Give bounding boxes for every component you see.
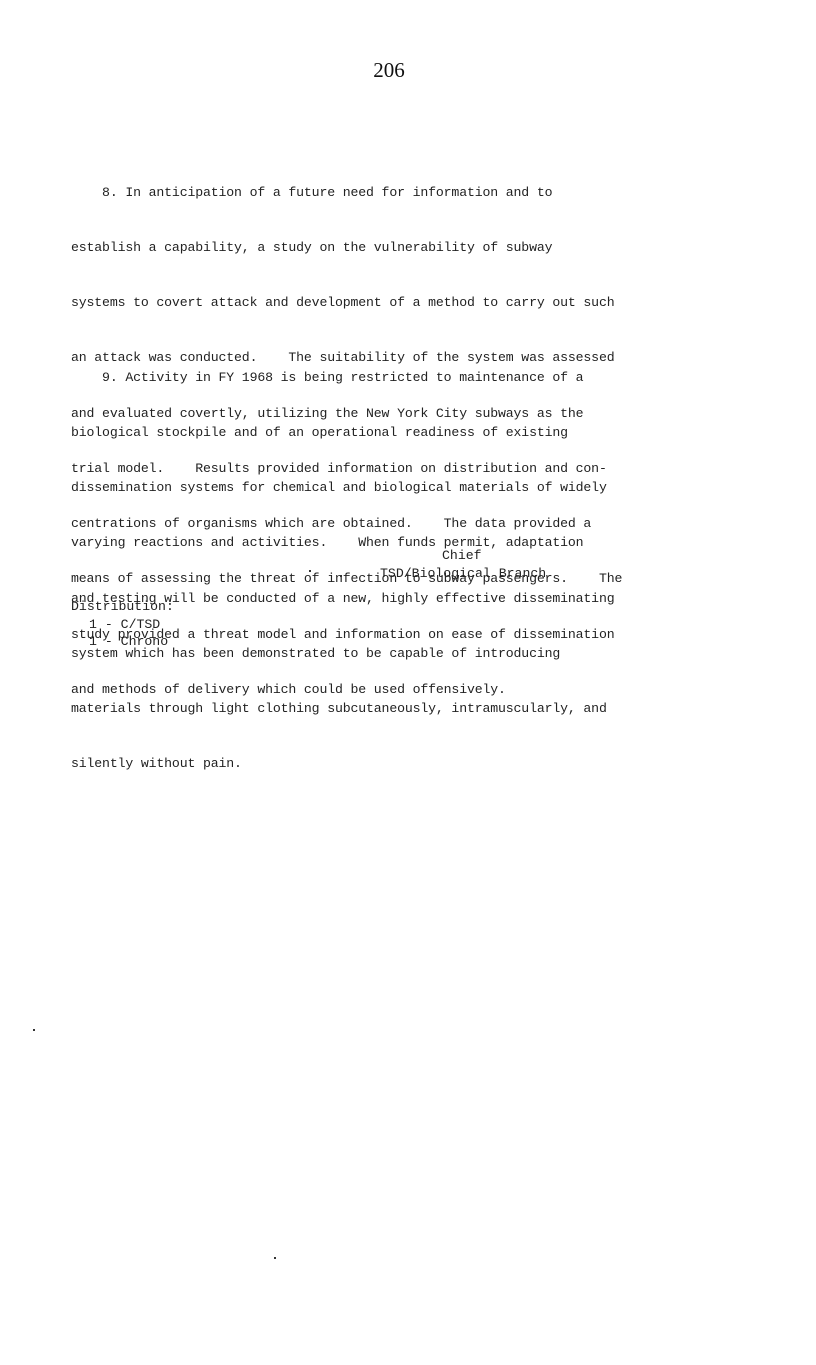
distribution-item: 1 - C/TSD xyxy=(71,616,174,634)
scan-speck xyxy=(274,1257,276,1259)
signature-title: Chief xyxy=(380,547,546,565)
signature-unit: TSD/Biological Branch xyxy=(380,565,546,583)
paragraph-line: silently without pain. xyxy=(71,755,614,773)
paragraph-line: dissemination systems for chemical and b… xyxy=(71,479,614,497)
scan-speck xyxy=(340,575,342,577)
distribution-item: 1 - Chrono xyxy=(71,633,174,651)
paragraph-line: materials through light clothing subcuta… xyxy=(71,700,614,718)
distribution-list: Distribution: 1 - C/TSD 1 - Chrono xyxy=(71,598,174,651)
paragraph-line: systems to covert attack and development… xyxy=(71,294,622,312)
paragraph-line: 8. In anticipation of a future need for … xyxy=(71,184,622,202)
signature-block: Chief TSD/Biological Branch xyxy=(380,547,546,584)
paragraph-line: establish a capability, a study on the v… xyxy=(71,239,622,257)
scan-speck xyxy=(33,1029,35,1031)
distribution-label: Distribution: xyxy=(71,599,174,614)
paragraph-line: biological stockpile and of an operation… xyxy=(71,424,614,442)
scan-speck xyxy=(309,570,311,572)
paragraph-line: 9. Activity in FY 1968 is being restrict… xyxy=(71,369,614,387)
page-number: 206 xyxy=(0,58,778,83)
